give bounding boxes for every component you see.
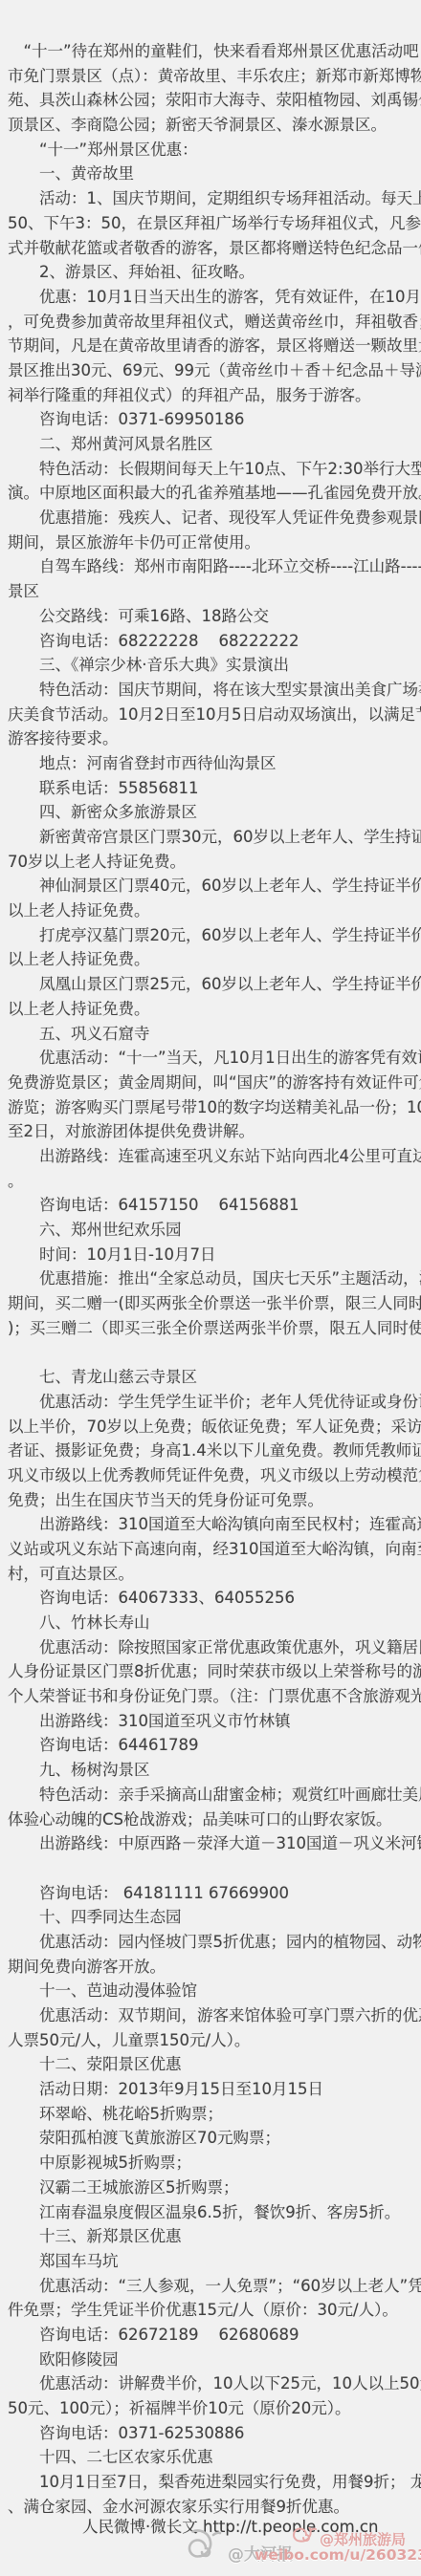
text-line: 优惠措施：残疾人、记者、现役军人凭证件免费参观景区。十一 <box>0 506 421 530</box>
text-line: 游览；游客购买门票尾号带10的数字均送精美礼品一份；10月1日 <box>0 1095 421 1120</box>
text-line: 四、新密众多旅游景区 <box>0 800 421 825</box>
text-line: 祠举行隆重的拜祖仪式）的拜祖产品，服务于游客。 <box>0 383 421 408</box>
daheb​ao-spiral-icon <box>182 2529 222 2571</box>
text-line: 特色活动：亲手采摘高山甜蜜金柿；观赏红叶画廊壮美风光； <box>0 1783 421 1808</box>
text-line: 出游路线：310国道至大峪沟镇向南至民权村；连霍高速从巩 <box>0 1512 421 1537</box>
text-line: )；买三赠二（即买三张全价票送两张半价票，限五人同时使用）。 <box>0 1316 421 1341</box>
zhengzhou-tourism-swirl-icon <box>290 2527 317 2546</box>
text-line: 2、游景区、拜始祖、征攻略。 <box>0 260 421 285</box>
text-line: 六、郑州世纪欢乐园 <box>0 1218 421 1243</box>
text-line: 优惠活动：讲解费半价，10人以下25元，10人以上50元（原价 <box>0 2371 421 2396</box>
text-line: 五、巩义石窟寺 <box>0 1022 421 1047</box>
zhengzhou-tourism-weibo-url: weibo.com/u/2603234633 <box>255 2546 421 2564</box>
text-line: 汉霸二王城旅游区5折购票； <box>0 2176 421 2200</box>
text-line: 打虎亭汉墓门票20元，60岁以上老年人、学生持证半价，70岁 <box>0 923 421 948</box>
text-line: 优惠活动：学生凭学生证半价；老年人凭优待证或身份证60岁 <box>0 1390 421 1415</box>
text-line: 优惠活动：园内怪坡门票5折优惠；园内的植物园、动物园节日 <box>0 1930 421 1955</box>
text-line: 优惠：10月1日当天出生的游客，凭有效证件，在10月1日当天 <box>0 285 421 310</box>
text-line: “十一”待在郑州的童鞋们，快来看看郑州景区优惠活动吧！郑州 <box>0 39 421 64</box>
text-line: 咨询电话：62672189 62680689 <box>0 2323 421 2348</box>
long-post-document: “十一”待在郑州的童鞋们，快来看看郑州景区优惠活动吧！郑州市免门票景区（点）：黄… <box>0 39 421 2519</box>
text-line: 活动日期：2013年9月15日至10月15日 <box>0 2077 421 2102</box>
text-line: 节期间，凡是在黄帝故里请香的游客，景区将赠送一颗故里大枣； <box>0 334 421 358</box>
text-line: 以上老人持证免费。 <box>0 997 421 1022</box>
text-line: 十一、芭迪动漫体验馆 <box>0 1979 421 2003</box>
text-line <box>0 1856 421 1881</box>
text-line: 时间：10月1日-10月7日 <box>0 1243 421 1267</box>
text-line: 免费；出生在国庆节当天的凭身份证可免票。 <box>0 1488 421 1513</box>
text-line: 欧阳修陵园 <box>0 2348 421 2372</box>
text-line: 市免门票景区（点）：黄帝故里、丰乐农庄；新郑市新郑博物馆、郑风 <box>0 64 421 89</box>
text-line: 50、下午3：50，在景区拜祖广场举行专场拜祖仪式，凡参加拜祖仪 <box>0 211 421 236</box>
text-line: 苑、具茨山森林公园；荥阳市大海寺、荥阳植物园、刘禹锡公园、飞龙 <box>0 88 421 113</box>
text-line: 体验心动魄的CS枪战游戏；品美味可口的山野农家饭。 <box>0 1808 421 1832</box>
text-line: 至2日，对旅游团体提供免费讲解。 <box>0 1119 421 1144</box>
text-line: 十、四季同达生态园 <box>0 1905 421 1930</box>
text-line: 十三、新郑景区优惠 <box>0 2224 421 2249</box>
text-line: 荥阳孤柏渡飞黄旅游区70元购票； <box>0 2126 421 2151</box>
text-line: 庆美食节活动。10月2日至10月5日启动双场演出，以满足节日期间 <box>0 703 421 727</box>
document-lines: “十一”待在郑州的童鞋们，快来看看郑州景区优惠活动吧！郑州市免门票景区（点）：黄… <box>0 39 421 2519</box>
text-line: 优惠措施：推出“全家总动员，国庆七天乐”主题活动，活动 <box>0 1266 421 1291</box>
text-line: 以上老人持证免费。 <box>0 947 421 972</box>
text-line: 游客接待要求。 <box>0 726 421 751</box>
text-line: 地点：河南省登封市西待仙沟景区 <box>0 751 421 776</box>
text-line: 优惠活动：“十一”当天，凡10月1日出生的游客凭有效证件 <box>0 1046 421 1071</box>
text-line: 期间免费向游客开放。 <box>0 1955 421 1980</box>
text-line: 神仙洞景区门票40元，60岁以上老年人、学生持证半价，70岁 <box>0 874 421 898</box>
text-line: 者证、摄影证免费；身高1.4米以下儿童免费。教师凭教师证半价， <box>0 1439 421 1463</box>
text-line: 咨询电话：64067333、64055256 <box>0 1586 421 1611</box>
text-line: 凤凰山景区门票25元，60岁以上老年人、学生持证半价，70岁 <box>0 972 421 997</box>
text-line: 演。中原地区面积最大的孔雀养殖基地——孔雀园免费开放。 <box>0 481 421 506</box>
text-line: 人身份证景区门票8折优惠；同时荣获市级以上荣誉称号的游客凭 <box>0 1659 421 1684</box>
text-line: 三、《禅宗少林·音乐大典》实景演出 <box>0 653 421 678</box>
text-line: 人票50元/人，儿童票150元/人）。 <box>0 2028 421 2053</box>
text-line: 自驾车路线：郑州市南阳路----北环立交桥----江山路----- <box>0 554 421 579</box>
text-line: 一、黄帝故里 <box>0 162 421 186</box>
text-line: 村，可直达景区。 <box>0 1562 421 1587</box>
text-line: 式并敬献花篮或者敬香的游客，景区都将赠送特色纪念品一份。 <box>0 236 421 261</box>
text-line: 优惠活动：双节期间，游客来馆体验可享门票六折的优惠（成 <box>0 2003 421 2028</box>
text-line: 出游路线：连霍高速至巩义东站下站向西北4公里可直达景区 <box>0 1144 421 1169</box>
text-line: ，可免费参加黄帝故里拜祖仪式，赠送黄帝丝巾，拜祖敬香；国庆 <box>0 310 421 335</box>
text-line: 咨询电话：68222228 68222222 <box>0 629 421 654</box>
text-line: 七、青龙山慈云寺景区 <box>0 1365 421 1390</box>
text-line: 顶景区、李商隐公园；新密天爷洞景区、溱水源景区。 <box>0 113 421 138</box>
text-line: 特色活动：长假期间每天上午10点、下午2:30举行大型拜祖表 <box>0 457 421 482</box>
text-line: 巩义市级以上优秀教师凭证件免费，巩义市级以上劳动模范凭证件 <box>0 1463 421 1488</box>
text-line: 江南春温泉度假区温泉6.5折，餐饮9折、客房5折。 <box>0 2200 421 2225</box>
text-line: 九、杨树沟景区 <box>0 1758 421 1783</box>
text-line: 。 <box>0 1169 421 1194</box>
text-line: 免费游览景区；黄金周期间，叫“国庆”的游客持有效证件可免费 <box>0 1071 421 1095</box>
text-line: 优惠活动：除按照国家正常优惠政策优惠外，巩义籍居民凭本 <box>0 1635 421 1660</box>
text-line: 咨询电话：0371-69950186 <box>0 407 421 432</box>
text-line: 10月1日至7日，梨香苑进梨园实行免费，用餐9折； 龙园水乡 <box>0 2470 421 2495</box>
text-line: 十四、二七区农家乐优惠 <box>0 2445 421 2470</box>
text-line: 中原影视城5折购票； <box>0 2151 421 2176</box>
text-line: 以上老人持证免费。 <box>0 898 421 923</box>
text-line: 八、竹林长寿山 <box>0 1611 421 1635</box>
text-line: 以上半价，70岁以上免费；皈依证免费；军人证免费；采访证、记 <box>0 1415 421 1440</box>
text-line: 环翠峪、桃花峪5折购票； <box>0 2102 421 2127</box>
text-line: 郑国车马坑 <box>0 2249 421 2274</box>
text-line: 个人荣誉证书和身份证免门票。（注：门票优惠不含旅游观光车） <box>0 1684 421 1709</box>
text-line: 期间，买二赠一(即买两张全价票送一张半价票，限三人同时使用 <box>0 1291 421 1316</box>
text-line <box>0 1340 421 1365</box>
text-line: 出游路线：310国道至巩义市竹林镇 <box>0 1709 421 1734</box>
text-line: 咨询电话： 64181111 67669900 <box>0 1881 421 1906</box>
text-line: 景区 <box>0 579 421 604</box>
text-line: 出游路线：中原西路－荥泽大道－310国道－巩义米河镇－杨树沟 <box>0 1831 421 1856</box>
text-line: 义站或巩义东站下高速向南，经310国道至大峪沟镇，向南至民权 <box>0 1537 421 1562</box>
text-line: 咨询电话：0371-62530886 <box>0 2421 421 2446</box>
text-line: 活动：1、国庆节期间，定期组织专场拜祖活动。每天上午9： <box>0 186 421 211</box>
text-line: 公交路线：可乘16路、18路公交 <box>0 604 421 629</box>
text-line: 50元、100元）；祈福牌半价10元（原价20元）。 <box>0 2396 421 2421</box>
text-line: 景区推出30元、69元、99元（黄帝丝巾＋香＋纪念品＋导游服务＋在故里 <box>0 358 421 383</box>
text-line: “十一”郑州景区优惠： <box>0 138 421 162</box>
text-line: 二、郑州黄河风景名胜区 <box>0 432 421 457</box>
text-line: 优惠活动：“三人参观，一人免票”；“60岁以上老人”凭证 <box>0 2274 421 2299</box>
text-line: 咨询电话：64461789 <box>0 1733 421 1758</box>
text-line: 联系电话：55856811 <box>0 776 421 801</box>
text-line: 件免票；学生凭证半价优惠15元/人（原价：30元/人）。 <box>0 2298 421 2323</box>
text-line: 新密黄帝宫景区门票30元，60岁以上老年人、学生持证半价， <box>0 825 421 850</box>
text-line: 期间，景区旅游年卡仍可正常使用。 <box>0 530 421 555</box>
text-line: 咨询电话：64157150 64156881 <box>0 1193 421 1218</box>
text-line: 特色活动：国庆节期间，将在该大型实景演出美食广场举办国 <box>0 678 421 703</box>
text-line: 十二、荥阳景区优惠 <box>0 2052 421 2077</box>
text-line: 70岁以上老人持证免费。 <box>0 850 421 875</box>
